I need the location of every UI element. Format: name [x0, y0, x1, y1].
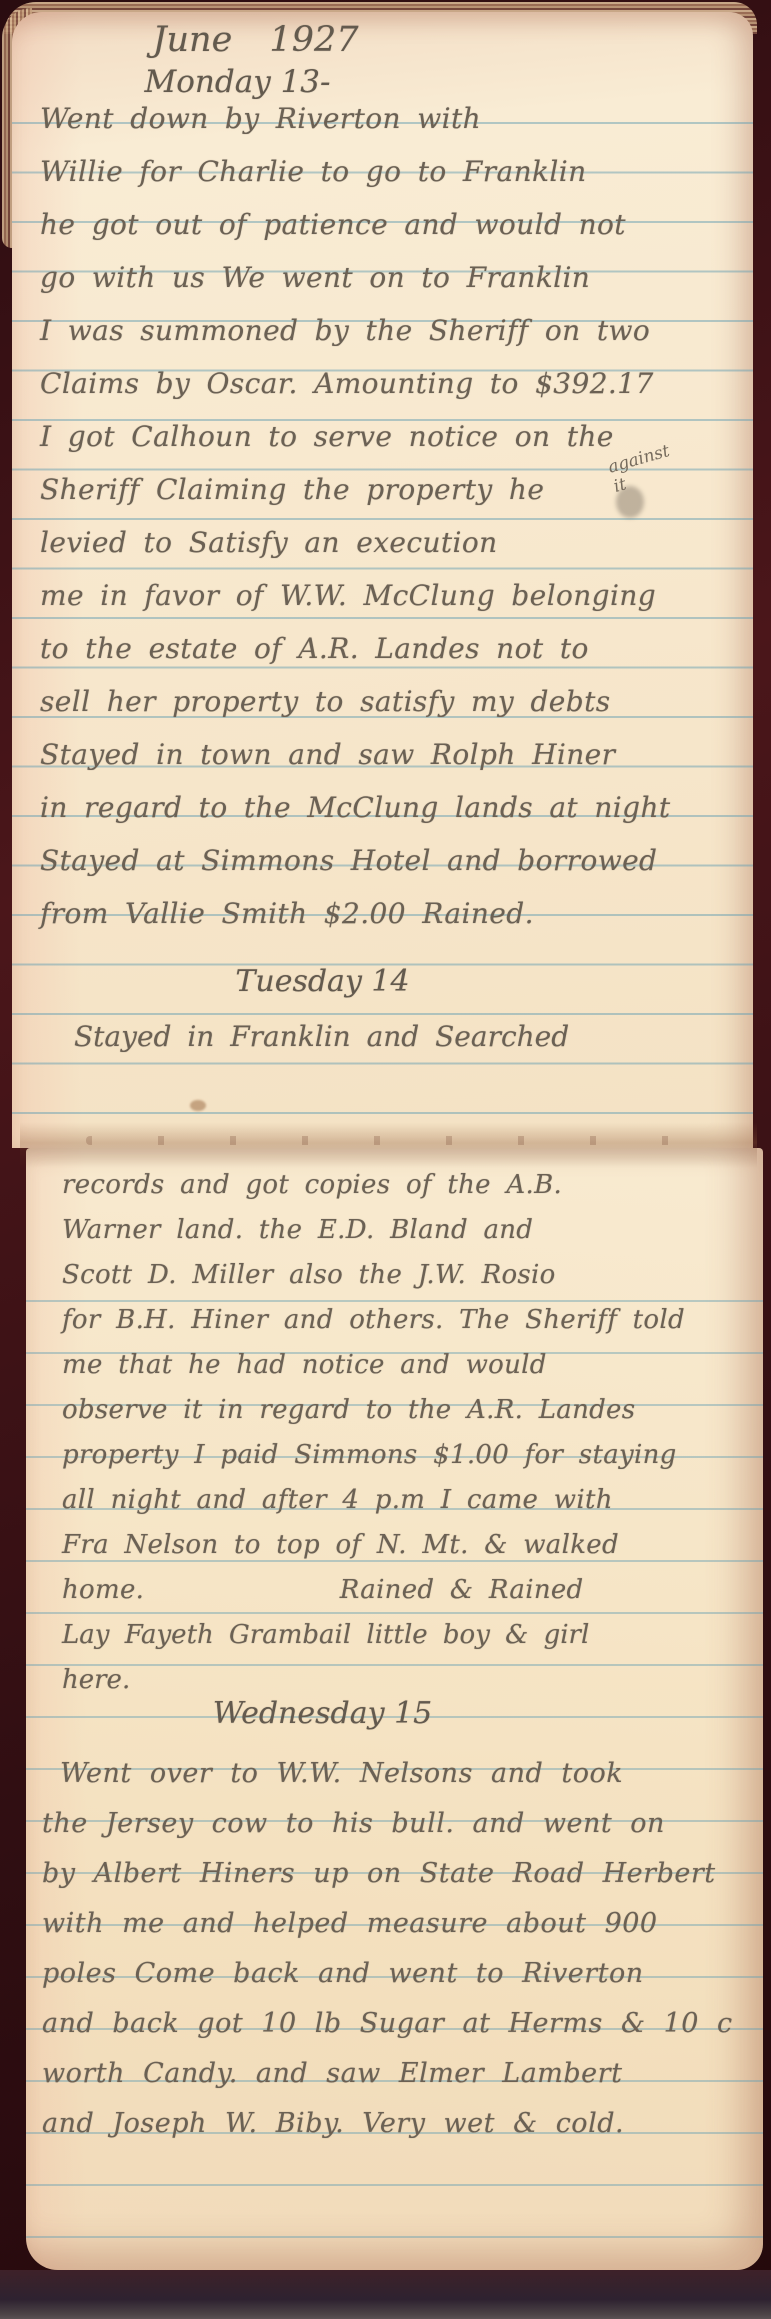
diary-line: Claims by Oscar. Amounting to $392.17 [40, 367, 743, 420]
diary-line: home. Rained & Rained [62, 1575, 755, 1620]
diary-line: Fra Nelson to top of N. Mt. & walked [62, 1530, 755, 1575]
diary-line: property I paid Simmons $1.00 for stayin… [62, 1440, 755, 1485]
diary-line-text: home. [62, 1575, 144, 1605]
month-year-heading: June 1927 [0, 20, 626, 60]
diary-line: for B.H. Hiner and others. The Sheriff t… [62, 1305, 755, 1350]
diary-line: in regard to the McClung lands at night [40, 791, 743, 844]
book-cover-bottom [0, 2270, 771, 2319]
diary-book: June 1927 Monday 13- Went down by Rivert… [0, 0, 771, 2319]
diary-line: and Joseph W. Biby. Very wet & cold. [42, 2108, 755, 2158]
diary-line: with me and helped measure about 900 [42, 1908, 755, 1958]
page-fold-seam [20, 1122, 757, 1168]
entry-heading-tuesday: Tuesday 14 [0, 964, 693, 999]
diary-line: I was summoned by the Sheriff on two [40, 314, 743, 367]
entry-tuesday-continued: records and got copies of the A.B. Warne… [62, 1170, 755, 1620]
diary-line: from Vallie Smith $2.00 Rained. [40, 897, 743, 950]
diary-line: sell her property to satisfy my debts [40, 685, 743, 738]
diary-line: records and got copies of the A.B. [62, 1170, 755, 1215]
diary-line: me in favor of W.W. McClung belonging [40, 579, 743, 632]
diary-line: Went down by Riverton with [40, 102, 743, 155]
entry-heading-wednesday: Wednesday 15 [0, 1696, 691, 1731]
diary-line: observe it in regard to the A.R. Landes [62, 1395, 755, 1440]
weather-note: Rained & Rained [340, 1575, 584, 1605]
entry-heading-monday: Monday 13- [0, 64, 608, 100]
diary-line: worth Candy. and saw Elmer Lambert [42, 2058, 755, 2108]
diary-line: Went over to W.W. Nelsons and took [42, 1758, 755, 1808]
diary-line: Warner land. the E.D. Bland and [62, 1215, 755, 1260]
entry-monday: Went down by Riverton with Willie for Ch… [40, 102, 743, 950]
diary-line: go with us We went on to Franklin [40, 261, 743, 314]
diary-line: he got out of patience and would not [40, 208, 743, 261]
ink-smudge [616, 486, 644, 518]
diary-page-upper: June 1927 Monday 13- Went down by Rivert… [12, 12, 753, 1148]
diary-line: Stayed in town and saw Rolph Hiner [40, 738, 743, 791]
stitch-marks [86, 1136, 706, 1145]
diary-line: all night and after 4 p.m I came with [62, 1485, 755, 1530]
diary-line: and back got 10 lb Sugar at Herms & 10 c [42, 2008, 755, 2058]
diary-page-lower: records and got copies of the A.B. Warne… [26, 1148, 763, 2270]
diary-line: Stayed at Simmons Hotel and borrowed [40, 844, 743, 897]
diary-line: the Jersey cow to his bull. and went on [42, 1808, 755, 1858]
diary-line: Lay Fayeth Grambail little boy & girl [62, 1620, 755, 1665]
age-spot [190, 1100, 206, 1111]
entry-wednesday: Went over to W.W. Nelsons and took the J… [42, 1758, 755, 2158]
diary-line: by Albert Hiners up on State Road Herber… [42, 1858, 755, 1908]
diary-line: to the estate of A.R. Landes not to [40, 632, 743, 685]
diary-line: levied to Satisfy an execution [40, 526, 743, 579]
diary-line: me that he had notice and would [62, 1350, 755, 1395]
diary-line: Stayed in Franklin and Searched [74, 1020, 569, 1053]
diary-line: Willie for Charlie to go to Franklin [40, 155, 743, 208]
diary-line: poles Come back and went to Riverton [42, 1958, 755, 2008]
diary-line: Scott D. Miller also the J.W. Rosio [62, 1260, 755, 1305]
